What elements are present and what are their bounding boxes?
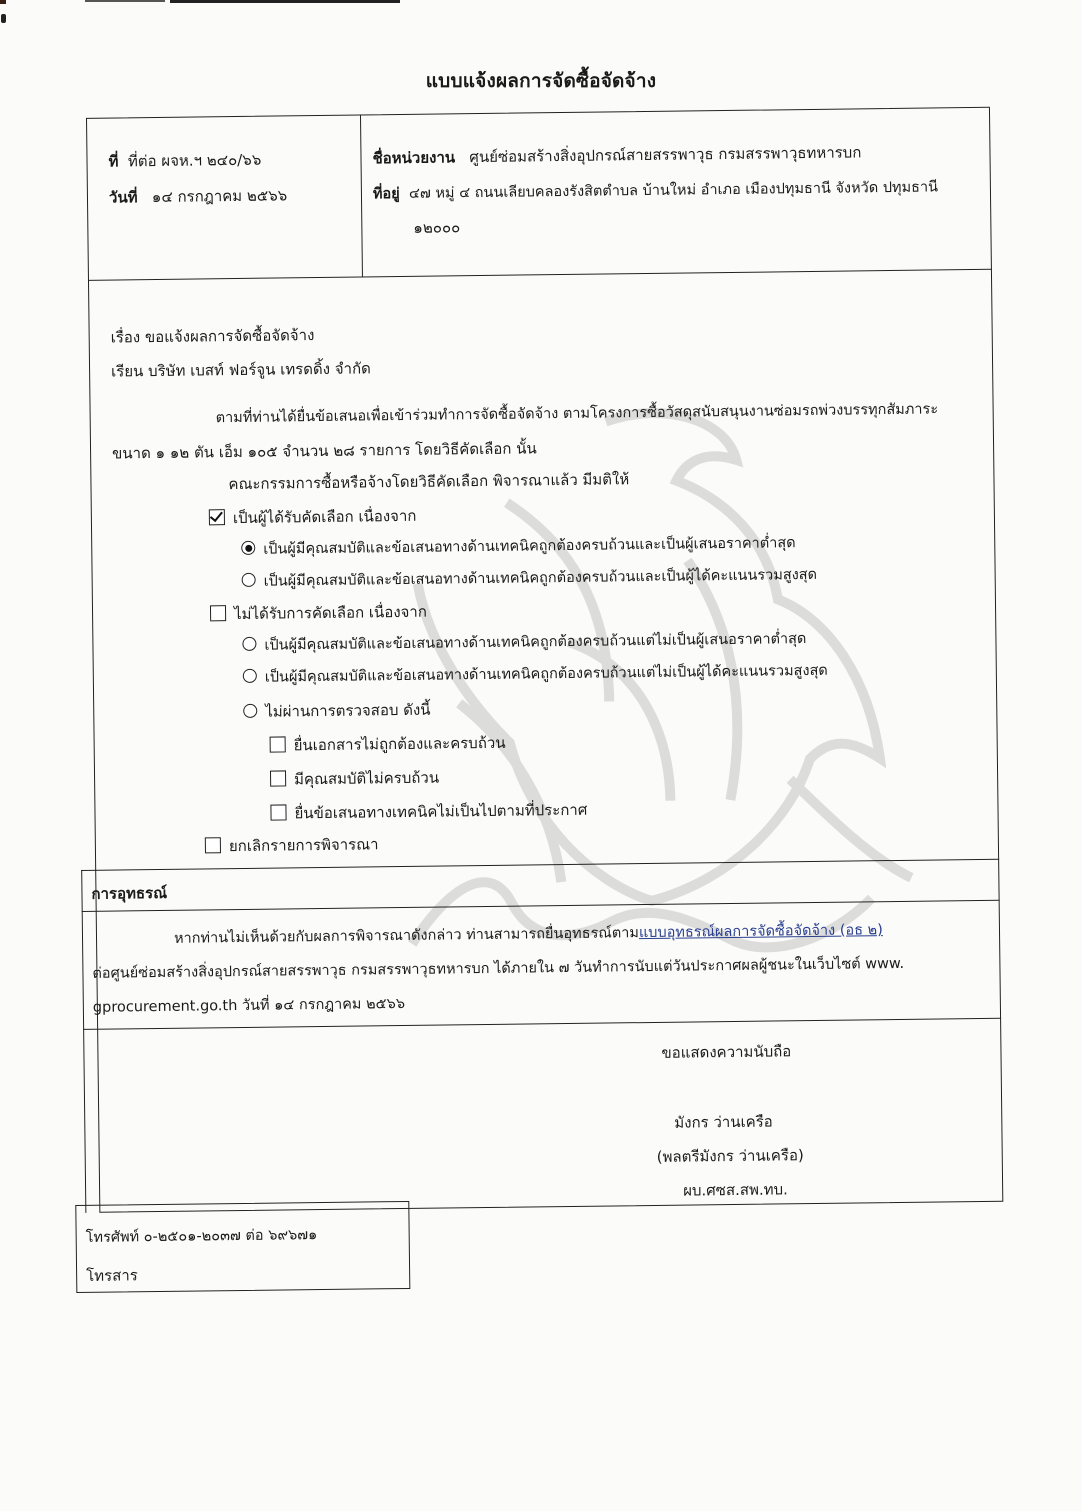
- radio-empty-icon[interactable]: [243, 669, 257, 683]
- signer-rank-name: (พลตรีมังกร ว่านเครือ): [657, 1143, 804, 1169]
- option-not-selected-reason-3[interactable]: ไม่ผ่านการตรวจสอบ ดังนี้: [243, 698, 431, 724]
- option-not-selected[interactable]: ไม่ได้รับการคัดเลือก เนื่องจาก: [210, 600, 427, 627]
- ref-label: ที่: [108, 152, 118, 170]
- scan-edge-mark: [0, 0, 6, 4]
- option-label: มีคุณสมบัติไม่ครบถ้วน: [294, 769, 439, 789]
- left-border: [81, 870, 86, 1213]
- option-cancelled[interactable]: ยกเลิกรายการพิจารณา: [205, 832, 379, 858]
- option-label: เป็นผู้มีคุณสมบัติและข้อเสนอทางด้านเทคนิ…: [263, 535, 796, 558]
- option-label: ยื่นเอกสารไม่ถูกต้องและครบถ้วน: [294, 734, 506, 755]
- date-value: ๑๔ กรกฎาคม ๒๕๖๖: [152, 186, 288, 206]
- checkbox-empty-icon[interactable]: [210, 605, 226, 621]
- option-label: ไม่ผ่านการตรวจสอบ ดังนี้: [265, 701, 430, 721]
- phone: โทรศัพท์ ๐-๒๕๐๑-๒๐๓๗ ต่อ ๖๙๖๗๑: [86, 1223, 318, 1249]
- option-label: ไม่ได้รับการคัดเลือก เนื่องจาก: [234, 603, 427, 623]
- agency-value: ศูนย์ซ่อมสร้างสิ่งอุปกรณ์สายสรรพาวุธ กรม…: [469, 143, 861, 166]
- option-sub-3[interactable]: ยื่นข้อเสนอทางเทคนิคไม่เป็นไปตามที่ประกา…: [270, 798, 587, 826]
- date-label: วันที่: [109, 188, 138, 206]
- option-label: เป็นผู้มีคุณสมบัติและข้อเสนอทางด้านเทคนิ…: [265, 663, 828, 686]
- option-label: เป็นผู้ได้รับคัดเลือก เนื่องจาก: [233, 507, 417, 527]
- signer-position: ผบ.ศซส.สพ.ทบ.: [683, 1177, 788, 1202]
- fax: โทรสาร: [86, 1263, 138, 1288]
- signer-name: มังกร ว่านเครือ: [674, 1110, 773, 1135]
- date-row: วันที่ ๑๔ กรกฎาคม ๒๕๖๖: [109, 183, 288, 209]
- appeal-heading: การอุทธรณ์: [91, 881, 167, 906]
- option-label: เป็นผู้มีคุณสมบัติและข้อเสนอทางด้านเทคนิ…: [264, 567, 818, 590]
- option-label: ยกเลิกรายการพิจารณา: [229, 835, 379, 855]
- ref-row: ที่ ที่ต่อ ผจห.ฯ ๒๔๐/๖๖: [108, 148, 261, 174]
- radio-empty-icon[interactable]: [242, 637, 256, 651]
- document-title: แบบแจ้งผลการจัดซื้อจัดจ้าง: [0, 66, 1082, 96]
- checkbox-empty-icon[interactable]: [270, 736, 286, 752]
- appeal-text: หากท่านไม่เห็นด้วยกับผลการพิจารณาดังกล่า…: [174, 925, 639, 947]
- postcode: ๑๒๐๐๐: [413, 215, 460, 240]
- agency-label: ชื่อหน่วยงาน: [372, 148, 455, 167]
- recipient: เรียน บริษัท เบสท์ ฟอร์จูน เทรดดิ้ง จำกั…: [111, 356, 371, 383]
- appeal-form-link[interactable]: แบบอุทธรณ์ผลการจัดซื้อจัดจ้าง (อธ ๒): [639, 922, 883, 941]
- checkbox-empty-icon[interactable]: [270, 770, 286, 786]
- option-sub-2[interactable]: มีคุณสมบัติไม่ครบถ้วน: [270, 766, 439, 792]
- subject: เรื่อง ขอแจ้งผลการจัดซื้อจัดจ้าง: [111, 323, 315, 349]
- address-value: ๔๗ หมู่ ๔ ถนนเลียบคลองรังสิตตำบล บ้านใหม…: [409, 179, 938, 201]
- form-frame: ที่ ที่ต่อ ผจห.ฯ ๒๔๐/๖๖ วันที่ ๑๔ กรกฎาค…: [72, 107, 1004, 1303]
- radio-empty-icon[interactable]: [243, 704, 257, 718]
- radio-selected-icon[interactable]: [241, 541, 255, 555]
- option-label: เป็นผู้มีคุณสมบัติและข้อเสนอทางด้านเทคนิ…: [264, 631, 806, 654]
- scan-top-edge: [170, 0, 400, 3]
- address-label: ที่อยู่: [373, 186, 400, 202]
- scan-top-edge: [85, 0, 165, 2]
- ref-value: ที่ต่อ ผจห.ฯ ๒๔๐/๖๖: [128, 151, 262, 171]
- checkbox-empty-icon[interactable]: [270, 804, 286, 820]
- closing: ขอแสดงความนับถือ: [661, 1039, 791, 1065]
- option-sub-1[interactable]: ยื่นเอกสารไม่ถูกต้องและครบถ้วน: [270, 731, 506, 758]
- option-label: ยื่นข้อเสนอทางเทคนิคไม่เป็นไปตามที่ประกา…: [294, 801, 587, 823]
- radio-empty-icon[interactable]: [242, 573, 256, 587]
- form-border: [86, 107, 1003, 1213]
- appeal-line-3: gprocurement.go.th วันที่ ๑๔ กรกฎาคม ๒๕๖…: [93, 992, 405, 1019]
- checkbox-checked-icon[interactable]: [209, 509, 225, 525]
- paragraph-2: คณะกรรมการซื้อหรือจ้างโดยวิธีคัดเลือก พิ…: [228, 467, 629, 496]
- checkbox-empty-icon[interactable]: [205, 837, 221, 853]
- option-selected[interactable]: เป็นผู้ได้รับคัดเลือก เนื่องจาก: [209, 504, 417, 531]
- scan-edge-mark: [1, 14, 6, 23]
